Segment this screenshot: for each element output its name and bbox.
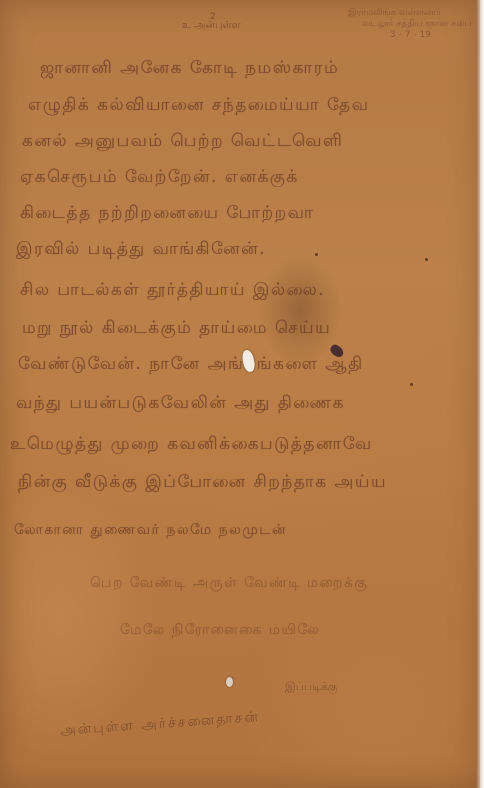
address-line: வடலூர் சத்திய ஞான சபை xyxy=(362,19,478,30)
text-line: கிடைத்த நற்றிறனையை போற்றவா xyxy=(20,203,314,225)
text-line: உமெழுத்து முறை கவனிக்கைபடுத்தனாவே xyxy=(10,434,373,456)
text-line: மேலே நிரோனைகை மயிலே xyxy=(120,622,320,640)
paper-hole xyxy=(226,677,233,687)
date-line: 3 - 7 - 19 xyxy=(390,30,478,41)
closing-text: இப்படிக்கு xyxy=(285,680,338,695)
header-salutation: 2 உ அன்புள்ள xyxy=(182,12,241,32)
address-line: இராமலிங்க வள்ளலார் xyxy=(348,8,478,19)
letter-page: 2 உ அன்புள்ள இராமலிங்க வள்ளலார் வடலூர் ச… xyxy=(0,0,480,788)
ink-dot xyxy=(425,258,428,261)
text-line: சில பாடல்கள் தூர்த்தியாய் இல்லை. xyxy=(20,280,325,302)
text-line: வந்து பயன்படுகவேலின் அது திணைக xyxy=(16,393,345,415)
header-address: இராமலிங்க வள்ளலார் வடலூர் சத்திய ஞான சபை… xyxy=(348,8,478,41)
text-line: ஜானானி அனேக கோடி நமஸ்காரம் xyxy=(40,58,339,80)
text-line: கனல் அனுபவம் பெற்ற வெட்டவெளி xyxy=(22,131,343,153)
text-line: மறு நூல் கிடைக்கும் தாய்மை செய்ய xyxy=(22,318,331,340)
text-line: லோகானா துணைவர் நலமே நலமுடன் xyxy=(14,522,287,540)
salutation-text: உ அன்புள்ள xyxy=(182,20,241,31)
text-line: ஏகசெரூபம் வேற்றேன். எனக்குக் xyxy=(20,167,299,189)
signature: அன்புள்ள அர்ச்சனைதாசன் xyxy=(60,709,261,741)
text-line: நின்கு வீடுக்கு இப்போனை சிறந்தாக அய்ய xyxy=(18,472,387,494)
text-line: இரவில் படித்து வாங்கினேன். xyxy=(16,239,266,261)
ink-dot xyxy=(410,383,413,386)
page-edge xyxy=(476,0,484,788)
ink-dot xyxy=(315,253,318,256)
text-line: எழுதிக் கல்வியானை சந்தமைய்யா தேவ xyxy=(28,95,369,117)
text-line: பெற வேண்டி அருள் வேண்டி மறைக்கு xyxy=(90,575,368,593)
text-line: வேண்டுவேன். நானே அங்கங்களை ஆதி xyxy=(18,354,364,376)
